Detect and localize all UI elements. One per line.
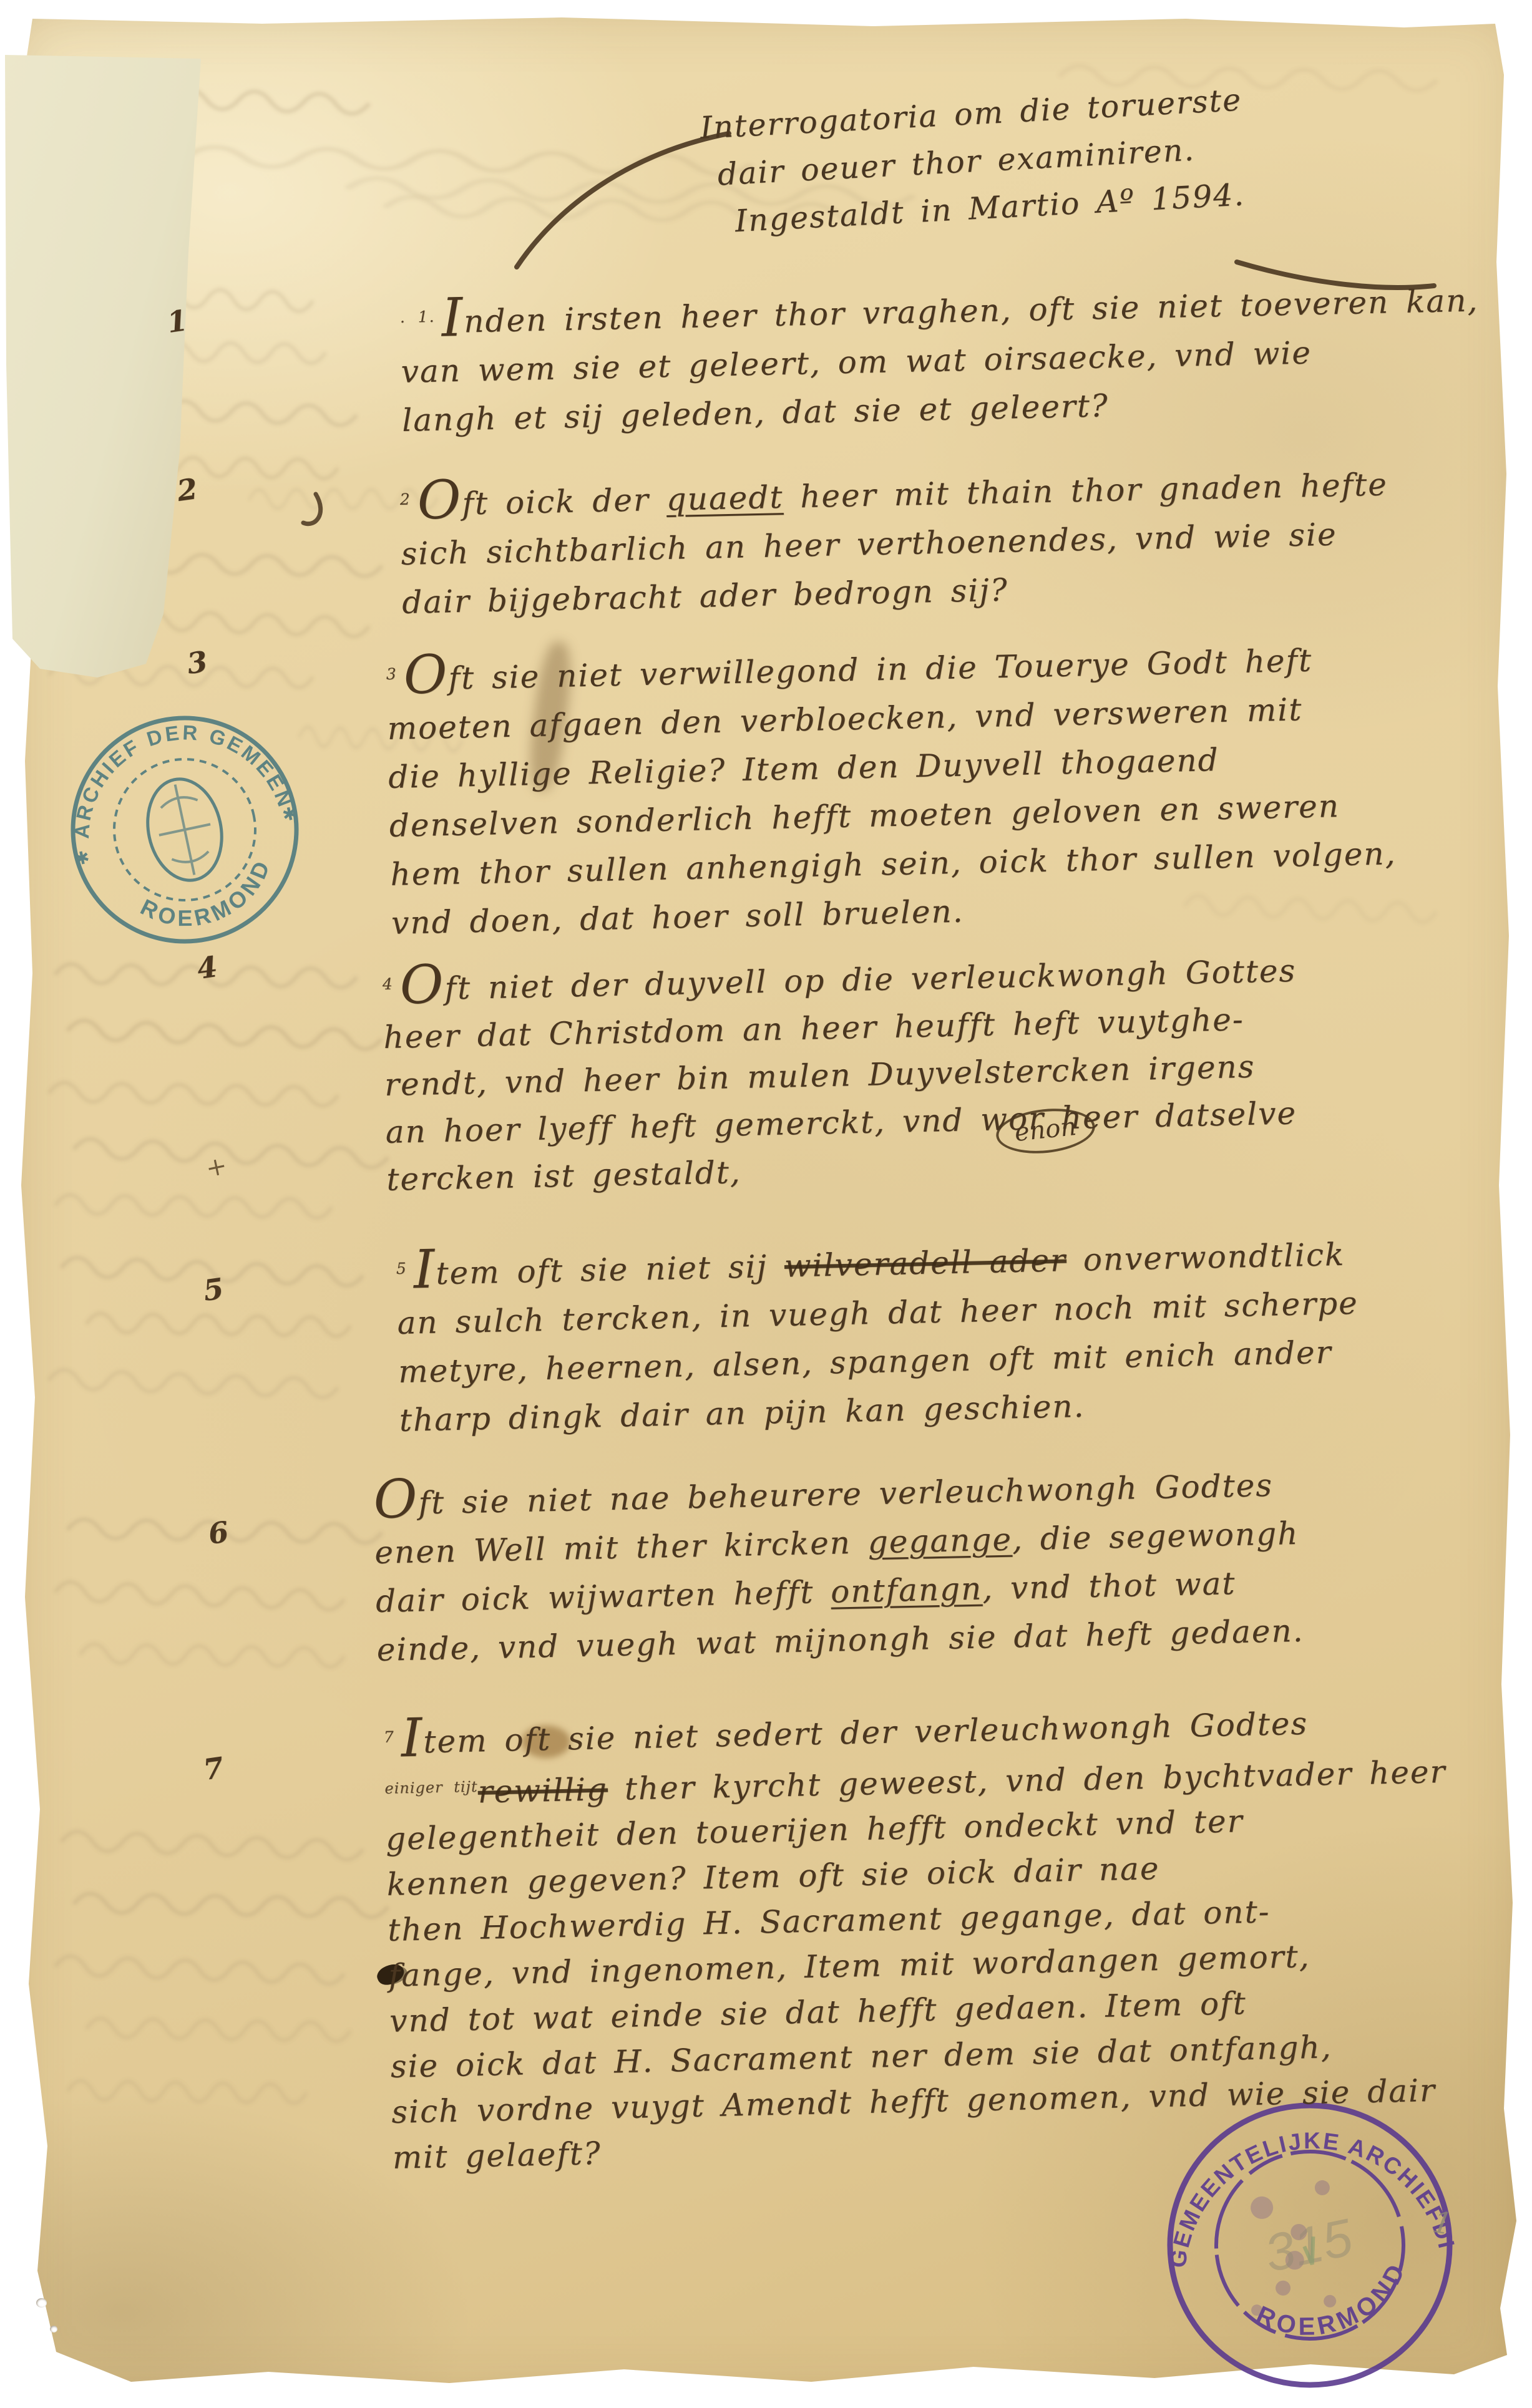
initial-letter: I [442, 318, 464, 319]
stamp-blue-star-left: ✱ [73, 847, 91, 869]
text-segment: dair bijgebracht ader bedrogn sij? [402, 571, 1008, 620]
text-segment: tem oft sie niet sij [436, 1248, 785, 1292]
text-segment-strike: wilveradell ader [784, 1242, 1066, 1284]
text-segment-u: gegange [867, 1522, 1012, 1561]
interrogation-item-1: . 1.Inden irsten heer thor vraghen, oft … [399, 271, 1481, 445]
interrogation-item-3: 3Oft sie niet verwillegond in die Touery… [386, 629, 1398, 947]
worm-hole [36, 2298, 47, 2308]
text-segment: , vnd thot wat [982, 1565, 1236, 1606]
text-segment: dair oick wijwarten hefft [375, 1574, 831, 1619]
text-segment: langh et sij geleden, dat sie et geleert… [402, 387, 1110, 439]
interrogation-item-6: Oft sie niet nae beheurere verleuchwongh… [373, 1460, 1304, 1674]
text-segment-sup: einiger tijt [384, 1778, 478, 1797]
inline-item-number: 4 [382, 975, 394, 993]
text-segment-strike: rewillig [477, 1771, 608, 1810]
initial-letter: O [374, 1499, 419, 1500]
archive-stamp-blue: ARCHIEF DER GEMEENTE ROERMOND ✱ ✱ [41, 686, 328, 973]
inline-item-number: . 1. [400, 308, 436, 326]
text-segment: , die segewongh [1012, 1515, 1299, 1558]
text-segment: tharp dingk dair an pijn kan geschien. [399, 1388, 1085, 1439]
text-segment-u: ontfangn [831, 1571, 983, 1610]
document-header: Interrogatoria om die toruerste dair oeu… [699, 77, 1248, 247]
stamp-center-pencil-number: 315 [1260, 2207, 1358, 2283]
text-segment: heer mit thain thor gnaden hefte [783, 466, 1388, 515]
inline-item-number: 2 [400, 490, 412, 508]
inline-item-number: 3 [386, 665, 398, 683]
text-segment: ft oick der [462, 482, 666, 522]
manuscript-scan: Interrogatoria om die toruerste dair oeu… [0, 0, 1532, 2408]
text-segment: enen Well mit ther kircken [374, 1524, 869, 1571]
inline-item-number: 7 [383, 1728, 395, 1746]
interrogation-item-5: 5Item oft sie niet sij wilveradell ader … [396, 1225, 1361, 1445]
interrogation-item-4: 4Oft niet der duyvell op die verleuckwon… [382, 941, 1300, 1203]
text-segment: mit gelaeft? [392, 2135, 602, 2176]
text-segment: tercken ist gestaldt, [386, 1154, 741, 1198]
worm-hole [50, 2326, 57, 2333]
initial-letter: I [401, 1738, 424, 1739]
text-segment-u: quaedt [666, 479, 784, 518]
initial-letter: O [400, 985, 445, 986]
initial-letter: O [417, 500, 462, 502]
interrogation-item-7: 7Item oft sie niet sedert der verleuchwo… [383, 1692, 1454, 2181]
initial-letter: O [404, 675, 449, 676]
interrogation-item-2: 2Oft oick der quaedt heer mit thain thor… [399, 455, 1390, 627]
inline-item-number: 5 [396, 1260, 408, 1278]
text-segment: vnd doen, dat hoer soll bruelen. [391, 893, 965, 941]
initial-letter: I [414, 1270, 436, 1270]
text-segment: onverwondtlick [1066, 1236, 1345, 1278]
